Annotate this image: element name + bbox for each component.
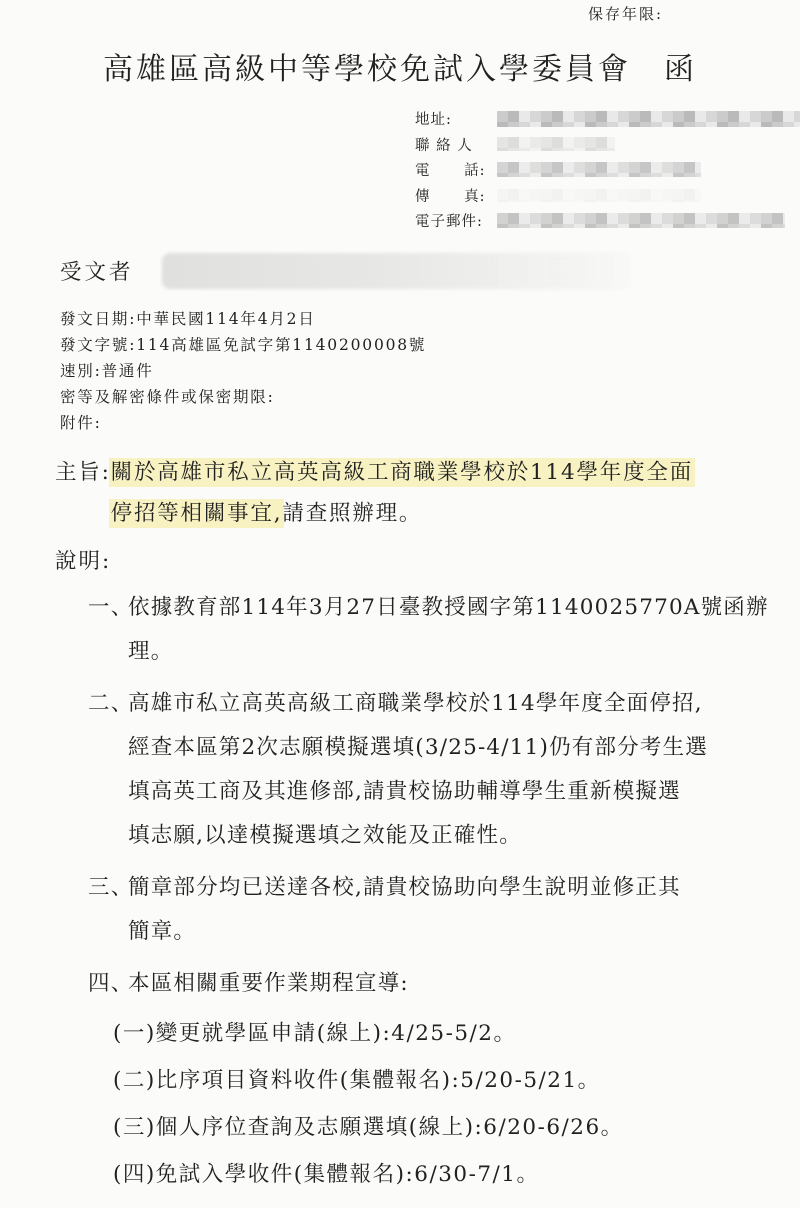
item-1-line-1: 依據教育部114年3月27日臺教授國字第1140025770A號函辦	[128, 586, 769, 630]
subject-line-2-rest: 請查照辦理。	[282, 501, 422, 526]
redacted-email-value	[497, 213, 785, 228]
document-meta-block: 發文日期:中華民國114年4月2日 發文字號:114高雄區免試字第1140200…	[60, 306, 800, 436]
priority-line: 速別:普通件	[60, 358, 800, 384]
explanation-item-4: 四、 本區相關重要作業期程宣導:	[88, 962, 800, 1006]
item-4-line-1: 本區相關重要作業期程宣導:	[128, 962, 409, 1006]
redacted-address-value	[497, 111, 800, 127]
item-2-body: 高雄市私立高英高級工商職業學校於114學年度全面停招, 經查本區第2次志願模擬選…	[128, 682, 708, 858]
item-4-number: 四、	[88, 962, 128, 1006]
schedule-sub-items: (一)變更就學區申請(線上):4/25-5/2。 (二)比序項目資料收件(集體報…	[113, 1010, 800, 1198]
sub-item-2: (二)比序項目資料收件(集體報名):5/20-5/21。	[113, 1057, 800, 1104]
item-2-line-3: 填高英工商及其進修部,請貴校協助輔導學生重新模擬選	[128, 770, 708, 814]
contact-row-address: 地址:	[415, 106, 800, 132]
item-3-body: 簡章部分均已送達各校,請貴校協助向學生說明並修正其 簡章。	[128, 866, 681, 954]
item-1-line-2: 理。	[128, 630, 769, 674]
retention-period-label: 保存年限:	[588, 3, 663, 24]
item-3-line-1: 簡章部分均已送達各校,請貴校協助向學生說明並修正其	[128, 866, 681, 910]
email-label: 電子郵件:	[415, 210, 497, 231]
contact-row-person: 聯 絡 人	[415, 132, 800, 158]
recipient-label: 受文者	[60, 255, 134, 286]
reference-number-line: 發文字號:114高雄區免試字第1140200008號	[60, 332, 800, 358]
item-1-number: 一、	[88, 586, 128, 674]
subject-highlight-2: 停招等相關事宜,	[111, 501, 283, 526]
explanation-item-1: 一、 依據教育部114年3月27日臺教授國字第1140025770A號函辦 理。	[88, 586, 800, 674]
explanation-item-3: 三、 簡章部分均已送達各校,請貴校協助向學生說明並修正其 簡章。	[88, 866, 800, 954]
scanned-letter-page: 保存年限: 高雄區高級中等學校免試入學委員會 函 地址: 聯 絡 人 電 話: …	[0, 0, 800, 1208]
fax-label: 傳 真:	[415, 185, 497, 206]
issue-date-line: 發文日期:中華民國114年4月2日	[60, 306, 800, 332]
redacted-phone-value	[497, 162, 701, 177]
explanation-item-2: 二、 高雄市私立高英高級工商職業學校於114學年度全面停招, 經查本區第2次志願…	[88, 682, 800, 858]
item-2-number: 二、	[88, 682, 128, 858]
sub-item-1: (一)變更就學區申請(線上):4/25-5/2。	[113, 1010, 800, 1057]
contact-row-fax: 傳 真:	[415, 183, 800, 209]
contact-row-email: 電子郵件:	[415, 208, 800, 234]
subject-label: 主旨:	[55, 452, 111, 534]
item-3-line-2: 簡章。	[128, 910, 681, 954]
subject-section: 主旨: 關於高雄市私立高英高級工商職業學校於114學年度全面 停招等相關事宜,請…	[55, 452, 800, 534]
redacted-contact-person-value	[497, 137, 615, 151]
item-4-body: 本區相關重要作業期程宣導:	[128, 962, 409, 1006]
sender-contact-block: 地址: 聯 絡 人 電 話: 傳 真: 電子郵件:	[415, 106, 800, 234]
document-title: 高雄區高級中等學校免試入學委員會 函	[0, 0, 800, 90]
sub-item-3: (三)個人序位查詢及志願選填(線上):6/20-6/26。	[113, 1104, 800, 1151]
item-1-body: 依據教育部114年3月27日臺教授國字第1140025770A號函辦 理。	[128, 586, 769, 674]
address-label: 地址:	[415, 108, 497, 129]
contact-person-label: 聯 絡 人	[415, 134, 497, 155]
item-2-line-4: 填志願,以達模擬選填之效能及正確性。	[128, 814, 708, 858]
subject-highlight-1: 關於高雄市私立高英高級工商職業學校於114學年度全面	[111, 460, 693, 485]
item-2-line-1: 高雄市私立高英高級工商職業學校於114學年度全面停招,	[128, 682, 708, 726]
redacted-recipient-value	[162, 253, 632, 289]
item-2-line-2: 經查本區第2次志願模擬選填(3/25-4/11)仍有部分考生選	[128, 726, 708, 770]
recipient-row: 受文者	[60, 250, 800, 292]
subject-line-2: 停招等相關事宜,請查照辦理。	[111, 493, 693, 534]
attachment-line: 附件:	[60, 410, 800, 436]
contact-row-phone: 電 話:	[415, 157, 800, 183]
subject-line-1: 關於高雄市私立高英高級工商職業學校於114學年度全面	[111, 452, 693, 493]
sub-item-4: (四)免試入學收件(集體報名):6/30-7/1。	[113, 1151, 800, 1198]
item-3-number: 三、	[88, 866, 128, 954]
classification-line: 密等及解密條件或保密期限:	[60, 384, 800, 410]
redacted-fax-value	[497, 189, 701, 202]
explanation-label: 說明:	[55, 546, 800, 578]
subject-body: 關於高雄市私立高英高級工商職業學校於114學年度全面 停招等相關事宜,請查照辦理…	[111, 452, 693, 534]
phone-label: 電 話:	[415, 159, 497, 180]
